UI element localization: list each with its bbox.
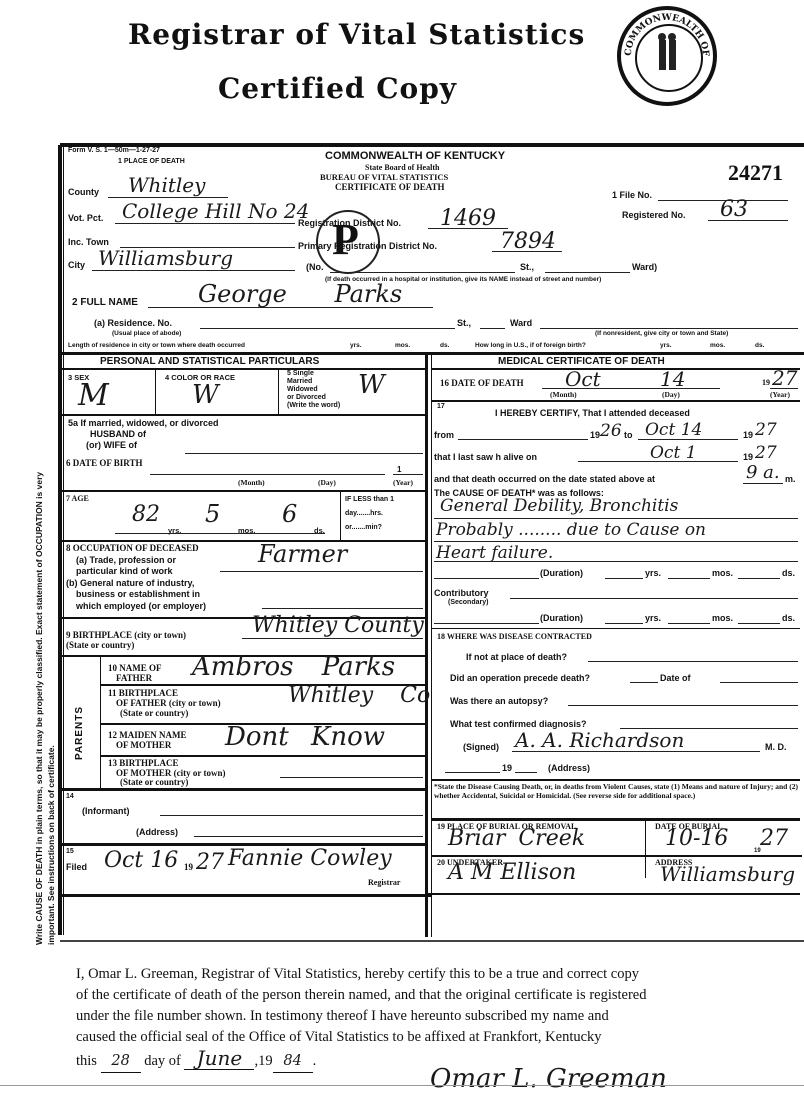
informant-address-label: (Address): [136, 827, 178, 837]
dob-month-lbl: (Month): [238, 478, 265, 487]
registrar-omar-signature: Omar L. Greeman: [430, 1064, 667, 1094]
registrar-label: Registrar: [368, 878, 400, 887]
cert-month-value: June: [184, 1048, 254, 1070]
father-name-value: Ambros Parks: [192, 652, 395, 682]
undertaker-value: A M Ellison: [448, 860, 576, 885]
full-name-label: 2 FULL NAME: [72, 297, 138, 308]
burial-year-value: 27: [760, 826, 788, 851]
from-year-value: 26: [600, 421, 622, 441]
registered-no-value: 63: [720, 197, 748, 222]
signed-label: (Signed): [463, 742, 499, 752]
age-label: 7 AGE: [66, 494, 89, 503]
mother-maiden-label: 12 MAIDEN NAME OF MOTHER: [108, 730, 187, 750]
contracted-label: 18 WHERE WAS DISEASE CONTRACTED: [437, 632, 592, 641]
cause-line-2: Probably ........ due to Cause on: [436, 520, 706, 540]
dob-day-lbl: (Day): [318, 478, 336, 487]
st-label: St.,: [520, 262, 534, 272]
vot-pct-label: Vot. Pct.: [68, 213, 103, 223]
cert-year-value: 84: [273, 1051, 313, 1073]
county-label: County: [68, 187, 99, 197]
burial-place-value: Briar Creek: [448, 826, 585, 851]
dur2-yrs: yrs.: [645, 613, 661, 623]
lr-ds: ds.: [440, 342, 449, 349]
address-year-prefix: 19: [502, 763, 512, 773]
footnote: *State the Disease Causing Death, or, in…: [434, 782, 798, 800]
filed-year-value: 27: [196, 850, 224, 875]
registered-no-label: Registered No.: [622, 210, 686, 220]
birthplace-label: 9 BIRTHPLACE (city or town) (State or co…: [66, 630, 186, 650]
fb-yrs: yrs.: [660, 342, 672, 349]
length-residence-label: Length of residence in city or town wher…: [68, 342, 245, 349]
filed-num: 15: [66, 848, 74, 855]
informant-num: 14: [66, 793, 74, 800]
form-heading: COMMONWEALTH OF KENTUCKY: [325, 150, 505, 162]
ward-label: Ward): [632, 262, 657, 272]
form-number: Form V. S. 1—50m—1-27-27: [68, 147, 160, 154]
p-stamp-icon: P: [316, 210, 380, 274]
physician-signature: A. A. Richardson: [515, 728, 684, 752]
secondary-label: (Secondary): [448, 599, 488, 606]
dod-year-lbl: (Year): [770, 390, 790, 399]
fb-ds: ds.: [755, 342, 764, 349]
to-year-value: 27: [755, 420, 777, 440]
residence-label: (a) Residence. No.: [94, 318, 172, 328]
county-value: Whitley: [128, 173, 205, 197]
occurred-label: and that death occurred on the date stat…: [434, 474, 655, 484]
marital-value: W: [358, 370, 385, 400]
dur1-mos: mos.: [712, 568, 733, 578]
nonresident-note: (If nonresident, give city or town and S…: [595, 330, 728, 337]
spouse-label: 5a If married, widowed, or divorced HUSB…: [68, 418, 219, 451]
dur1-yrs: yrs.: [645, 568, 661, 578]
last-saw-label: that I last saw h alive on: [434, 452, 537, 462]
undertaker-address-value: Williamsburg: [660, 862, 795, 886]
dob-year-lbl: (Year): [393, 478, 413, 487]
form-sub2: BUREAU OF VITAL STATISTICS: [320, 172, 448, 182]
operation-date-label: Date of: [660, 673, 691, 683]
place-of-death-label: 1 PLACE OF DEATH: [118, 158, 185, 165]
contributory-label: Contributory: [434, 588, 489, 598]
occupation-label: 8 OCCUPATION OF DECEASED (a) Trade, prof…: [66, 543, 206, 612]
md-label: M. D.: [765, 742, 787, 752]
registrar-signature: Fannie Cowley: [228, 846, 392, 871]
file-no-label: 1 File No.: [612, 190, 652, 200]
full-name-value: George Parks: [198, 280, 402, 308]
birthplace-value: Whitley County: [252, 613, 424, 638]
to-label: to: [624, 430, 633, 440]
no-label: (No.: [306, 262, 324, 272]
time-value: 9 a.: [746, 462, 780, 483]
fb-mos: mos.: [710, 342, 725, 349]
dur1-ds: ds.: [782, 568, 795, 578]
residence-st-label: St.,: [457, 318, 471, 328]
death-month-value: Oct: [565, 367, 601, 391]
father-birthplace-label: 11 BIRTHPLACE OF FATHER (city or town) (…: [108, 688, 221, 718]
burial-date-value: 10-16: [665, 826, 728, 851]
father-birthplace-value: Whitley Co: [288, 683, 430, 708]
residence-sub: (Usual place of abode): [112, 330, 181, 337]
physician-address-label: (Address): [548, 763, 590, 773]
age-days-value: 6: [282, 500, 297, 528]
duration-label-1: (Duration): [540, 568, 583, 578]
to-date-value: Oct 14: [645, 420, 702, 440]
city-label: City: [68, 260, 85, 270]
certify-num: 17: [437, 403, 445, 410]
autopsy-label: Was there an autopsy?: [450, 696, 548, 706]
death-day-value: 14: [660, 367, 685, 391]
cause-line-3: Heart failure.: [436, 543, 553, 563]
death-year-prefix: 19: [762, 378, 770, 387]
side-margin-instructions: Write CAUSE OF DEATH in plain terms, so …: [34, 165, 56, 945]
dob-label: 6 DATE OF BIRTH: [66, 458, 142, 468]
lr-yrs: yrs.: [350, 342, 362, 349]
informant-label: (Informant): [82, 806, 130, 816]
certification-date-line: this 28 day of June,1984.: [76, 1048, 316, 1073]
registration-district-value: 1469: [440, 206, 496, 231]
age-months-value: 5: [205, 500, 220, 528]
medical-section-title: MEDICAL CERTIFICATE OF DEATH: [498, 356, 665, 367]
certified-copy-title: Certified Copy: [218, 72, 457, 105]
operation-label: Did an operation precede death?: [450, 673, 590, 683]
filed-date-value: Oct 16: [104, 848, 178, 873]
cause-line-1: General Debility, Bronchitis: [440, 496, 678, 516]
mother-birthplace-label: 13 BIRTHPLACE OF MOTHER (city or town) (…: [108, 759, 226, 788]
form-sub1: State Board of Health: [365, 163, 439, 172]
color-race-value: W: [192, 380, 219, 410]
last-saw-year-prefix: 19: [743, 452, 753, 462]
residence-ward-label: Ward: [510, 318, 532, 328]
dur2-mos: mos.: [712, 613, 733, 623]
dob-year-value: 1: [397, 465, 401, 474]
date-of-death-label: 16 DATE OF DEATH: [440, 378, 524, 388]
kentucky-seal-icon: COMMONWEALTH OF KENTUCKY: [617, 6, 717, 106]
dod-month-lbl: (Month): [550, 390, 577, 399]
file-number-value: 24271: [728, 160, 783, 186]
dur2-ds: ds.: [782, 613, 795, 623]
dod-day-lbl: (Day): [662, 390, 680, 399]
parents-label: PARENTS: [74, 706, 85, 760]
foreign-birth-label: How long in U.S., if of foreign birth?: [475, 342, 586, 349]
lr-mos: mos.: [395, 342, 410, 349]
last-saw-year-value: 27: [755, 443, 777, 463]
to-year-prefix: 19: [743, 430, 753, 440]
last-saw-value: Oct 1: [650, 443, 697, 463]
vot-pct-value: College Hill No 24: [122, 199, 309, 223]
death-year-value: 27: [772, 366, 797, 390]
personal-section-title: PERSONAL AND STATISTICAL PARTICULARS: [100, 356, 319, 367]
certification-text: I, Omar L. Greeman, Registrar of Vital S…: [76, 964, 766, 1048]
mother-maiden-value: Dont Know: [225, 722, 385, 752]
sex-value: M: [78, 378, 109, 413]
contracted-sub-label: If not at place of death?: [466, 652, 567, 662]
occupation-value: Farmer: [258, 540, 347, 568]
registrar-title: Registrar of Vital Statistics: [128, 18, 585, 51]
marital-label: 5 Single Married Widowed or Divorced (Wr…: [287, 370, 340, 410]
from-year-prefix: 19: [590, 430, 600, 440]
center-divider: [425, 352, 428, 937]
age-less-than-day: IF LESS than 1 day.......hrs. or.......m…: [345, 493, 394, 535]
father-name-label: 10 NAME OF FATHER: [108, 663, 162, 683]
filed-label: Filed: [66, 862, 87, 872]
form-sub3: CERTIFICATE OF DEATH: [335, 182, 445, 192]
certify-text: I HEREBY CERTIFY, That I attended deceas…: [495, 408, 690, 418]
primary-district-value: 7894: [500, 229, 556, 254]
m-label: m.: [785, 474, 796, 484]
age-years-value: 82: [132, 502, 160, 527]
filed-year-prefix: 19: [184, 862, 193, 872]
city-value: Williamsburg: [98, 246, 233, 270]
top-rule: [60, 143, 804, 147]
duration-label-2: (Duration): [540, 613, 583, 623]
cert-day-value: 28: [101, 1051, 141, 1073]
from-label: from: [434, 430, 454, 440]
